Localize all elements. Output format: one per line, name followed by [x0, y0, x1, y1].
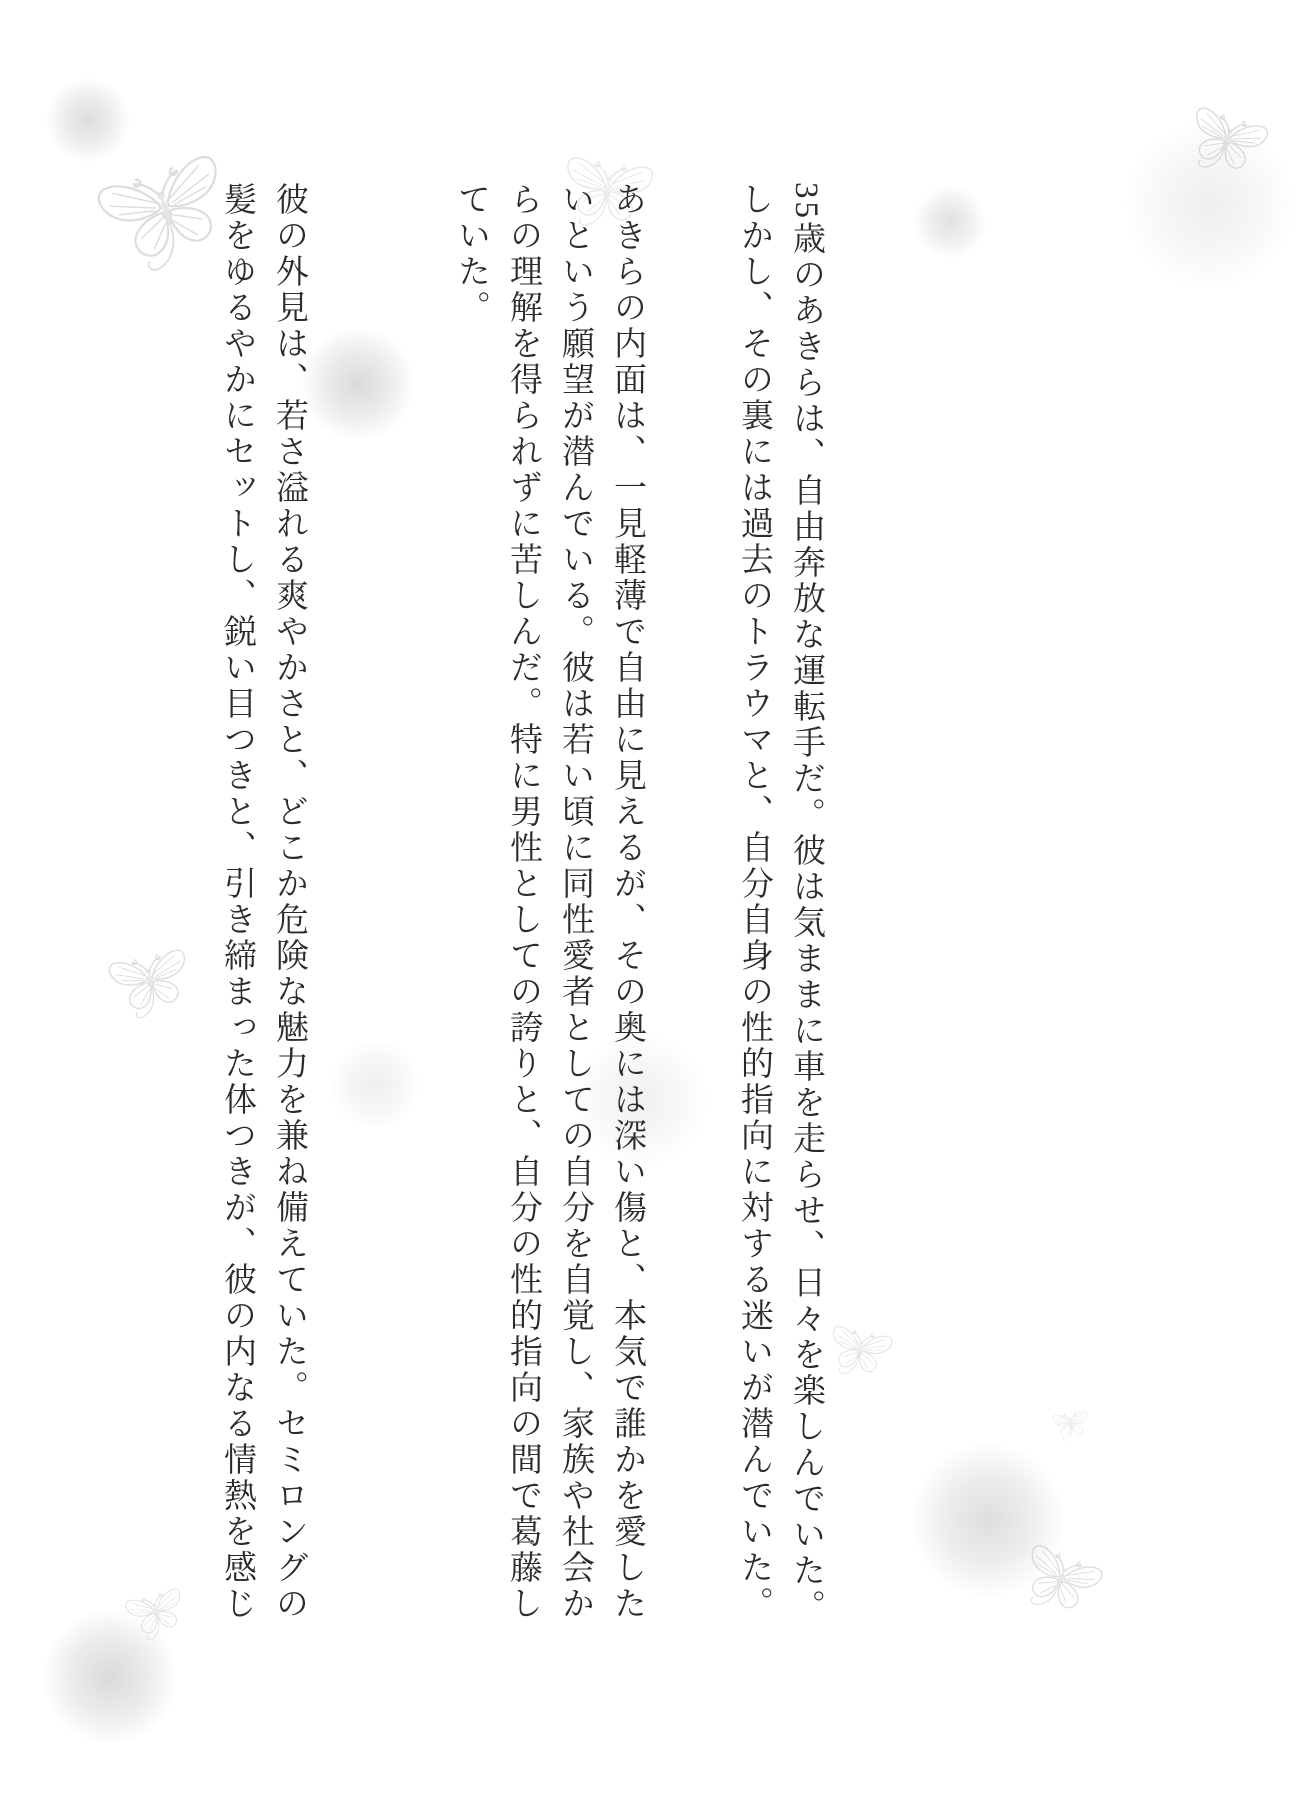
butterfly-icon — [1050, 1403, 1093, 1446]
blur-blob — [46, 78, 130, 162]
butterfly-icon — [100, 930, 201, 1031]
paragraph-inner-self: あきらの内面は、一見軽薄で自由に見えるが、その奥には深い傷と、本気で誰かを愛した… — [445, 182, 653, 1662]
paragraph-intro: 35歳のあきらは、自由奔放な運転手だ。彼は気ままに車を走らせ、日々を楽しんでいた… — [728, 182, 832, 1662]
paragraph-appearance: 彼の外見は、若さ溢れる爽やかさと、どこか危険な魅力を兼ね備えていた。セミロングの… — [211, 182, 315, 1662]
blur-blob — [1126, 121, 1294, 289]
butterfly-icon — [821, 1311, 899, 1389]
novel-page: 35歳のあきらは、自由奔放な運転手だ。彼は気ままに車を走らせ、日々を楽しんでいた… — [0, 0, 1311, 1819]
blur-blob — [914, 186, 987, 259]
blur-blob — [911, 1443, 1065, 1597]
blur-blob — [43, 1610, 177, 1744]
body-text: 35歳のあきらは、自由奔放な運転手だ。彼は気ままに車を走らせ、日々を楽しんでいた… — [211, 182, 832, 1662]
